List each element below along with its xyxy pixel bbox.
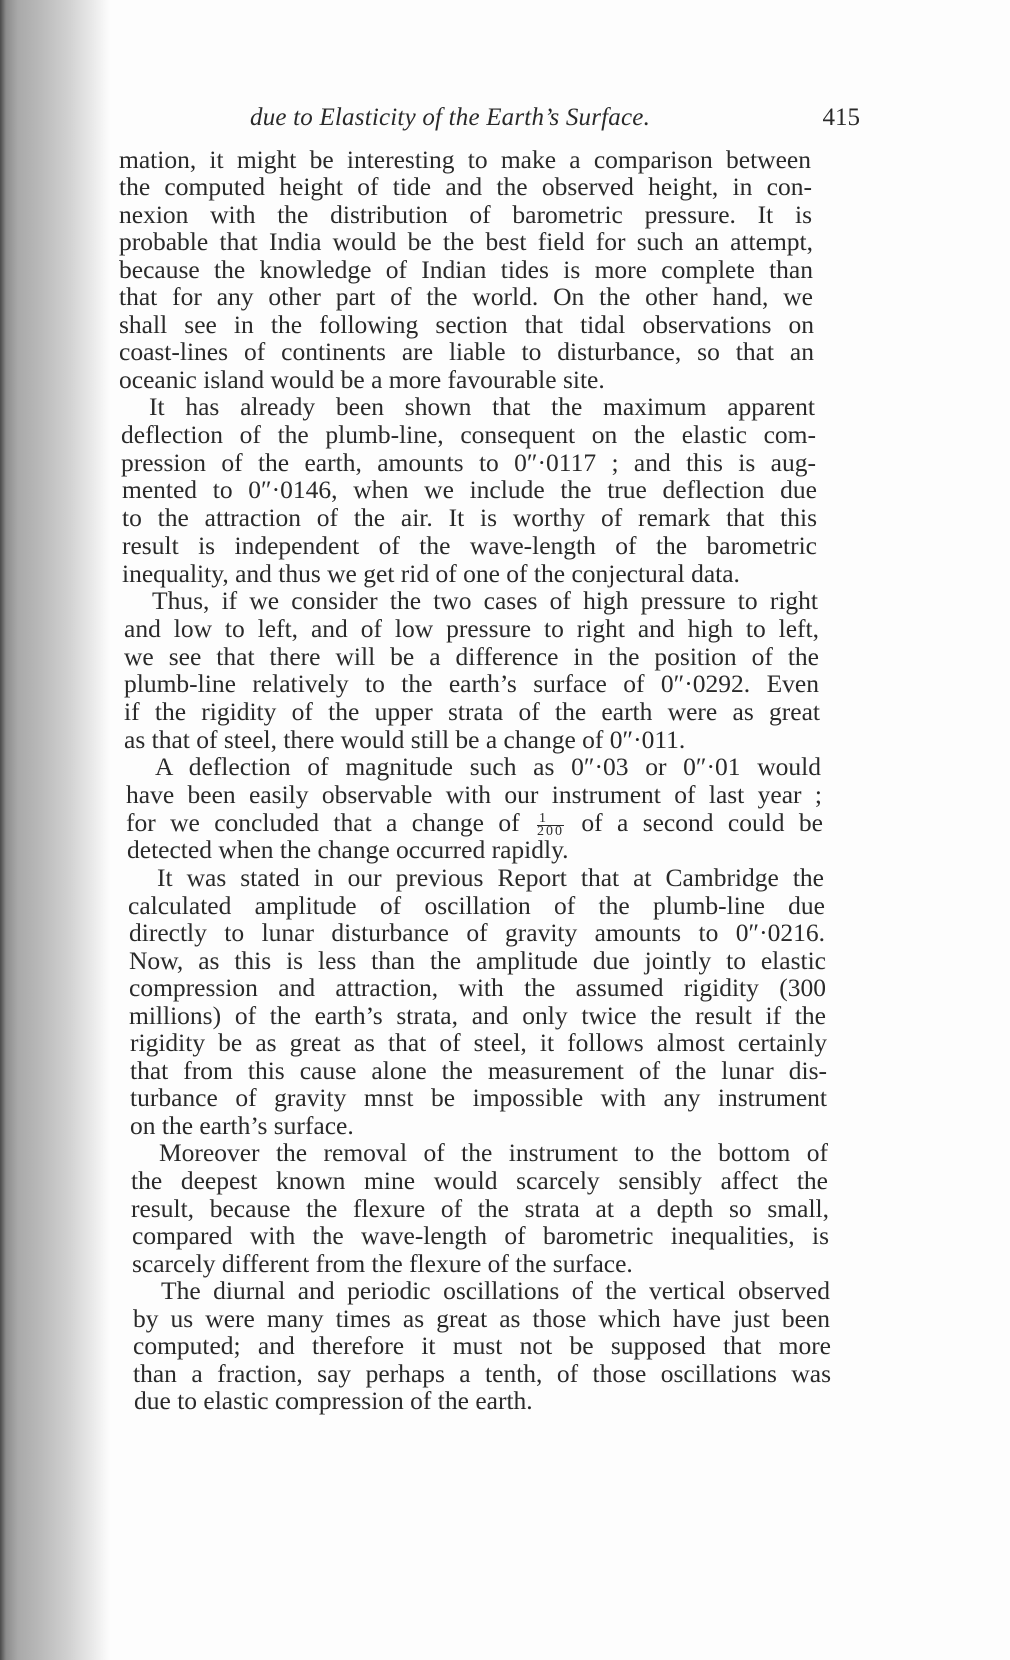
fraction-one-two-hundredth: 1 200 xyxy=(537,813,564,838)
text-line: result, because the flexure of the strat… xyxy=(131,1195,829,1223)
text-line: on the earth’s surface. xyxy=(130,1112,827,1140)
text-line: the computed height of tide and the obse… xyxy=(119,173,812,201)
text-line-with-fraction: for we concluded that a change of 1 200 … xyxy=(126,809,823,838)
text-line: probable that India would be the best fi… xyxy=(119,228,813,256)
text-line: because the knowledge of Indian tides is… xyxy=(119,256,813,284)
text-line: rigidity be as great as that of steel, i… xyxy=(130,1029,827,1057)
fraction-line-before: for we concluded that a change of xyxy=(126,808,520,837)
text-line: scarcely different from the flexure of t… xyxy=(132,1250,830,1278)
running-head-title: due to Elasticity of the Earth’s Surface… xyxy=(250,104,650,132)
text-line: than a fraction, say perhaps a tenth, of… xyxy=(133,1360,831,1388)
text-line: result is independent of the wave-length… xyxy=(122,532,817,560)
text-line: deflection of the plumb-line, consequent… xyxy=(121,421,816,449)
text-line: if the rigidity of the upper strata of t… xyxy=(124,698,820,726)
text-line: and low to left, and of low pressure to … xyxy=(124,615,819,643)
text-line: as that of steel, there would still be a… xyxy=(124,726,820,754)
text-line: calculated amplitude of oscillation of t… xyxy=(128,892,825,920)
running-head: due to Elasticity of the Earth’s Surface… xyxy=(250,104,860,144)
text-line: computed; and therefore it must not be s… xyxy=(133,1332,831,1360)
text-line: pression of the earth, amounts to 0″·011… xyxy=(121,449,816,477)
text-line: nexion with the distribution of barometr… xyxy=(119,201,812,229)
text-line: mation, it might be interesting to make … xyxy=(119,146,811,174)
text-line: detected when the change occurred rapidl… xyxy=(127,836,824,864)
page-binding-shadow xyxy=(0,0,110,1660)
text-line: plumb-line relatively to the earth’s sur… xyxy=(124,670,819,698)
text-line: shall see in the following section that … xyxy=(119,311,814,339)
text-line: oceanic island would be a more favourabl… xyxy=(119,366,814,394)
text-line: to the attraction of the air. It is wort… xyxy=(122,504,817,532)
text-line: Now, as this is less than the amplitude … xyxy=(129,947,826,975)
paragraph-start: A deflection of magnitude such as 0″·03 … xyxy=(155,753,821,781)
text-line: inequality, and thus we get rid of one o… xyxy=(122,560,818,588)
paragraph-start: Thus, if we consider the two cases of hi… xyxy=(152,587,818,615)
paragraph-start: Moreover the removal of the instrument t… xyxy=(159,1139,828,1167)
text-line: coast-lines of continents are liable to … xyxy=(119,338,814,366)
paragraph-start: The diurnal and periodic oscillations of… xyxy=(161,1277,830,1305)
text-line: the deepest known mine would scarcely se… xyxy=(131,1167,828,1195)
text-line: directly to lunar disturbance of gravity… xyxy=(129,919,825,947)
text-line: that from this cause alone the measureme… xyxy=(130,1057,827,1085)
text-line: by us were many times as great as those … xyxy=(133,1305,830,1333)
text-line: millions) of the earth’s strata, and onl… xyxy=(129,1002,826,1030)
text-line: have been easily observable with our ins… xyxy=(126,781,822,809)
paragraph-start: It has already been shown that the maxim… xyxy=(149,393,815,421)
page-number: 415 xyxy=(823,104,861,132)
text-line: we see that there will be a difference i… xyxy=(124,643,819,671)
fraction-line-after: of a second could be xyxy=(581,808,823,837)
text-line: mented to 0″·0146, when we include the t… xyxy=(122,476,817,504)
text-line: that for any other part of the world. On… xyxy=(119,283,813,311)
text-line: turbance of gravity mnst be impossible w… xyxy=(130,1084,827,1112)
text-line: compared with the wave-length of baromet… xyxy=(132,1222,829,1250)
text-line: compression and attraction, with the ass… xyxy=(129,974,826,1002)
paragraph-start: It was stated in our previous Report tha… xyxy=(157,864,824,892)
text-line: due to elastic compression of the earth. xyxy=(134,1387,832,1415)
